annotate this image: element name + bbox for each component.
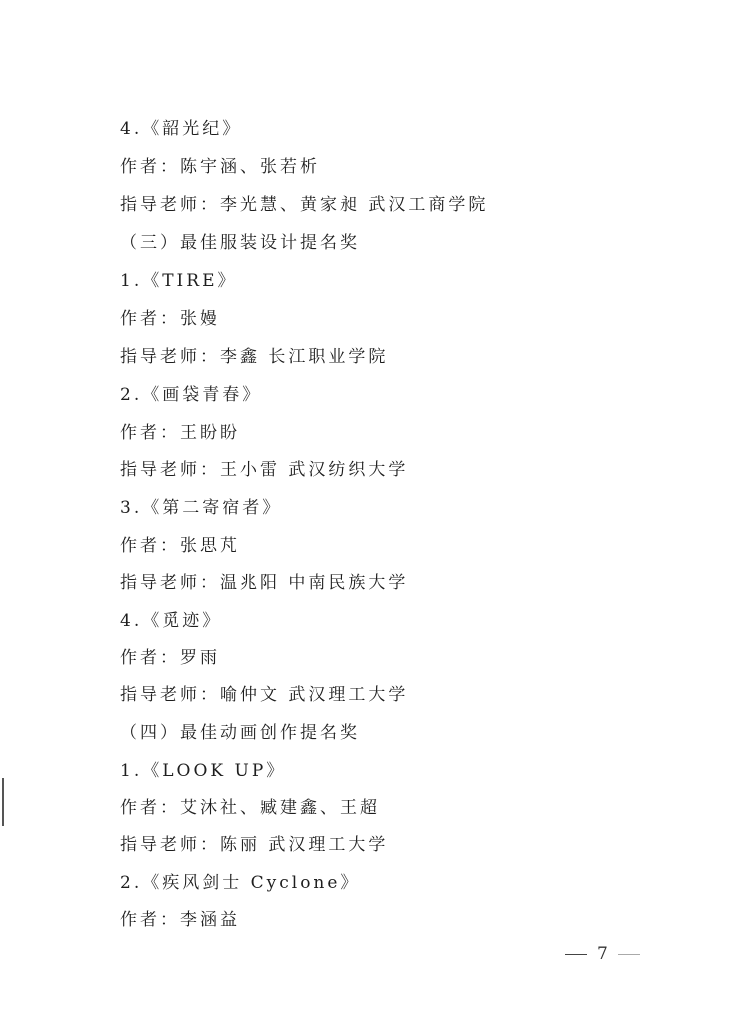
work-title: 3.《第二寄宿者》 [120, 497, 282, 519]
work-author: 作者：张思芃 [120, 535, 240, 557]
work-advisor: 指导老师：李鑫 长江职业学院 [120, 346, 388, 368]
work-author: 作者：罗雨 [120, 647, 220, 669]
work-title: 1.《TIRE》 [120, 270, 237, 292]
work-advisor: 指导老师：李光慧、黄家昶 武汉工商学院 [120, 194, 488, 216]
page-dash-left [565, 954, 587, 955]
scan-edge-mark [2, 778, 4, 826]
work-advisor: 指导老师：喻仲文 武汉理工大学 [120, 684, 408, 706]
section-heading: （四）最佳动画创作提名奖 [120, 722, 360, 744]
work-title: 1.《LOOK UP》 [120, 760, 286, 782]
work-title: 4.《韶光纪》 [120, 118, 242, 140]
section-heading: （三）最佳服装设计提名奖 [120, 232, 360, 254]
work-advisor: 指导老师：王小雷 武汉纺织大学 [120, 459, 408, 481]
page-number-value: 7 [597, 944, 608, 964]
work-title: 2.《画袋青春》 [120, 384, 262, 406]
work-advisor: 指导老师：陈丽 武汉理工大学 [120, 834, 388, 856]
work-author: 作者：李涵益 [120, 909, 240, 931]
document-page: 4.《韶光纪》 作者：陈宇涵、张若析 指导老师：李光慧、黄家昶 武汉工商学院 （… [0, 0, 750, 1035]
work-advisor: 指导老师：温兆阳 中南民族大学 [120, 572, 408, 594]
work-author: 作者：艾沐社、臧建鑫、王超 [120, 797, 380, 819]
work-title: 4.《觅迹》 [120, 610, 222, 632]
work-title: 2.《疾风剑士 Cyclone》 [120, 872, 360, 894]
work-author: 作者：王盼盼 [120, 422, 240, 444]
work-author: 作者：陈宇涵、张若析 [120, 156, 320, 178]
work-author: 作者：张嫚 [120, 308, 220, 330]
page-dash-right [618, 954, 640, 955]
page-number: 7 [555, 944, 650, 964]
